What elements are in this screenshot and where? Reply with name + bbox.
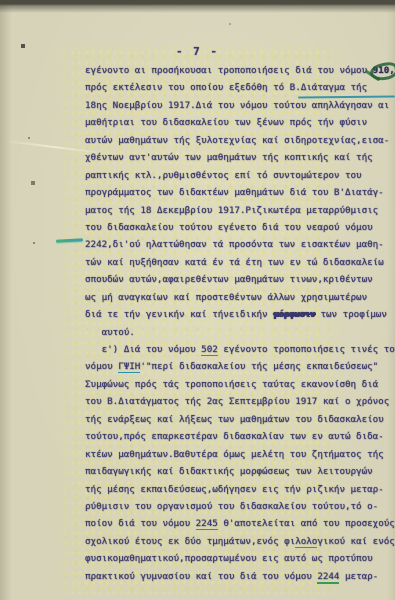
text-segment: πρός εκτέλεσιν του οποίου εξεδόθη τό Β.Δ… [85, 82, 367, 93]
text-line: φυσικομαθηματικού,προσαρτωμένου εις αυτό… [85, 550, 395, 567]
text-segment-struck: μόρφωσιν [273, 309, 315, 320]
text-segment-u-c: ΓΨΙΗ [118, 361, 140, 373]
text-segment: ρύθμισιν του οργανισμού του διδασκαλείου… [85, 501, 378, 512]
text-line: ε') Διά του νόμου 502 εγένοντο τροποποιή… [85, 341, 395, 358]
text-line: ραπτικής κτλ.,ρυθμισθέντος επί τό συντομ… [85, 167, 395, 184]
text-line: εγένοντο αι προσήκουσαι τροποποιήσεις δι… [85, 62, 395, 79]
text-line: ματος τής 18 Δεκεμβρίου 1917.Ριζικωτέρα … [85, 202, 395, 219]
text-line: προγράμματος των διδακτέων μαθημάτων διά… [85, 184, 395, 201]
text-segment: Συμφώνως πρός τάς τροποποιήσεις ταύτας ε… [85, 379, 378, 390]
text-segment: σχολικού έτους εκ δύο τμημάτων,ενός φι [85, 536, 295, 547]
text-segment: '"περί διδασκαλείου τής μέσης εκπαιδεύσε… [140, 361, 378, 372]
text-line: τούτου,πρός επαρκεστέραν διδασκαλίαν των… [85, 428, 395, 445]
text-segment: ως μή αναγκαίων καί προστεθέντων άλλων χ… [85, 292, 367, 303]
text-line: πρακτικού γυμνασίου καί του διά του νόμο… [85, 568, 395, 585]
text-segment-u-c: 502 [201, 344, 218, 356]
text-line: χθέντων αντ'αυτών των μαθημάτων τής κοπτ… [85, 149, 395, 166]
text-segment: ποίον διά του νόμου [85, 518, 196, 529]
text-segment: παιδαγωγικής καί διδακτικής μορφώσεως τω… [85, 466, 373, 477]
text-segment: των τροφίμων [315, 309, 387, 320]
text-segment: 2242,δι'ού ηλαττώθησαν τά προσόντα των ε… [85, 239, 384, 250]
text-line: σχολικού έτους εκ δύο τμημάτων,ενός φιλο… [85, 533, 395, 550]
text-line: 2242,δι'ού ηλαττώθησαν τά προσόντα των ε… [85, 236, 395, 253]
text-segment-u-g: 2244 [317, 571, 339, 584]
text-line: σπουδών αυτών,αφαιρεθέντων μαθημάτων τιν… [85, 271, 395, 288]
text-segment: αυτού. [85, 327, 135, 338]
text-line: αυτών μαθημάτων τής ξυλοτεχνίας καί σιδη… [85, 132, 395, 149]
text-segment: νόμου [85, 361, 118, 372]
text-segment: 18ης Νοεμβρίου 1917.Διά του νόμου τούτου… [85, 100, 389, 111]
text-line: του Β.Διατάγματος τής 2ας Σεπτεμβρίου 19… [85, 393, 395, 410]
text-segment: εγένοντο αι προσήκουσαι τροποποιήσεις δι… [85, 65, 373, 76]
text-line: αυτού. [85, 324, 395, 341]
text-line: Συμφώνως πρός τάς τροποποιήσεις ταύτας ε… [85, 376, 395, 393]
text-line: διά τε τήν γενικήν καί τήνειδικήν μόρφωσ… [85, 306, 395, 323]
text-segment: εγένοντο τροποποιήσεις τινές του [218, 344, 395, 355]
text-line: μαθήτριαι του διδασκαλείου των ξένων πρό… [85, 114, 395, 131]
scan-edge-shadow [0, 0, 395, 13]
text-segment-u-c: 2245 [196, 518, 218, 530]
text-segment: ραπτικής κτλ.,ρυθμισθέντος επί τό συντομ… [85, 170, 362, 181]
text-segment-u-c: λολο [295, 536, 317, 548]
text-segment: τών καί ηυξήθησαν κατά έν τά έτη των εν … [85, 257, 384, 268]
text-segment: τούτου,πρός επαρκεστέραν διδασκαλίαν των… [85, 431, 384, 442]
text-segment: μαθήτριαι του διδασκαλείου των ξένων πρό… [85, 117, 367, 128]
text-line: ρύθμισιν του οργανισμού του διδασκαλείου… [85, 498, 395, 515]
paper-specks [0, 0, 2, 2]
text-line: νόμου ΓΨΙΗ'"περί διδασκαλείου τής μέσης … [85, 358, 395, 375]
text-line: ποίον διά του νόμου 2245 θ'αποτελείται α… [85, 515, 395, 532]
text-segment: προγράμματος των διδακτέων μαθημάτων διά… [85, 187, 384, 198]
text-segment: κτέων μαθημάτων.Βαθυτέρα όμως μελέτη του… [85, 449, 384, 460]
text-line: τών καί ηυξήθησαν κατά έν τά έτη των εν … [85, 254, 395, 271]
text-segment: του διδασκαλείου τούτου εγένετο διά του … [85, 222, 373, 233]
text-segment: ματος τής 18 Δεκεμβρίου 1917.Ριζικωτέρα … [85, 205, 378, 216]
text-segment: τής μέσης εκπαιδεύσεως,ωδήγησεν εις τήν … [85, 484, 384, 495]
text-segment-blot: 910, [373, 65, 395, 76]
scanned-document-page: - 7 - εγένοντο αι προσήκουσαι τροποποιήσ… [0, 0, 395, 600]
text-line: τής μέσης εκπαιδεύσεως,ωδήγησεν εις τήν … [85, 481, 395, 498]
page-number: - 7 - [0, 45, 395, 58]
text-line: του διδασκαλείου τούτου εγένετο διά του … [85, 219, 395, 236]
text-segment: φυσικομαθηματικού,προσαρτωμένου εις αυτό… [85, 553, 373, 564]
text-segment: χθέντων αντ'αυτών των μαθημάτων τής κοπτ… [85, 152, 373, 163]
text-line: παιδαγωγικής καί διδακτικής μορφώσεως τω… [85, 463, 395, 480]
text-segment: διά τε τήν γενικήν καί τήνειδικήν [85, 309, 273, 320]
text-segment: μεταρ- [339, 571, 378, 582]
text-segment: σπουδών αυτών,αφαιρεθέντων μαθημάτων τιν… [85, 274, 373, 285]
text-segment: ε') Διά του νόμου [85, 344, 201, 355]
text-segment: του Β.Διατάγματος τής 2ας Σεπτεμβρίου 19… [85, 396, 389, 407]
text-line: κτέων μαθημάτων.Βαθυτέρα όμως μελέτη του… [85, 446, 395, 463]
text-segment: γικού καί ενός [317, 536, 394, 547]
text-segment: αυτών μαθημάτων τής ξυλοτεχνίας καί σιδη… [85, 135, 389, 146]
text-line: ως μή αναγκαίων καί προστεθέντων άλλων χ… [85, 289, 395, 306]
text-line: πρός εκτέλεσιν του οποίου εξεδόθη τό Β.Δ… [85, 79, 395, 96]
text-line: 18ης Νοεμβρίου 1917.Διά του νόμου τούτου… [85, 97, 395, 114]
typewritten-text-block: εγένοντο αι προσήκουσαι τροποποιήσεις δι… [85, 62, 395, 585]
text-segment: πρακτικού γυμνασίου καί του διά του νόμο… [85, 571, 317, 582]
text-segment: τής ενάρξεως καί λήξεως των μαθημάτων το… [85, 414, 384, 425]
text-segment: θ'αποτελείται από του προσεχούς [218, 518, 395, 529]
text-line: τής ενάρξεως καί λήξεως των μαθημάτων το… [85, 411, 395, 428]
